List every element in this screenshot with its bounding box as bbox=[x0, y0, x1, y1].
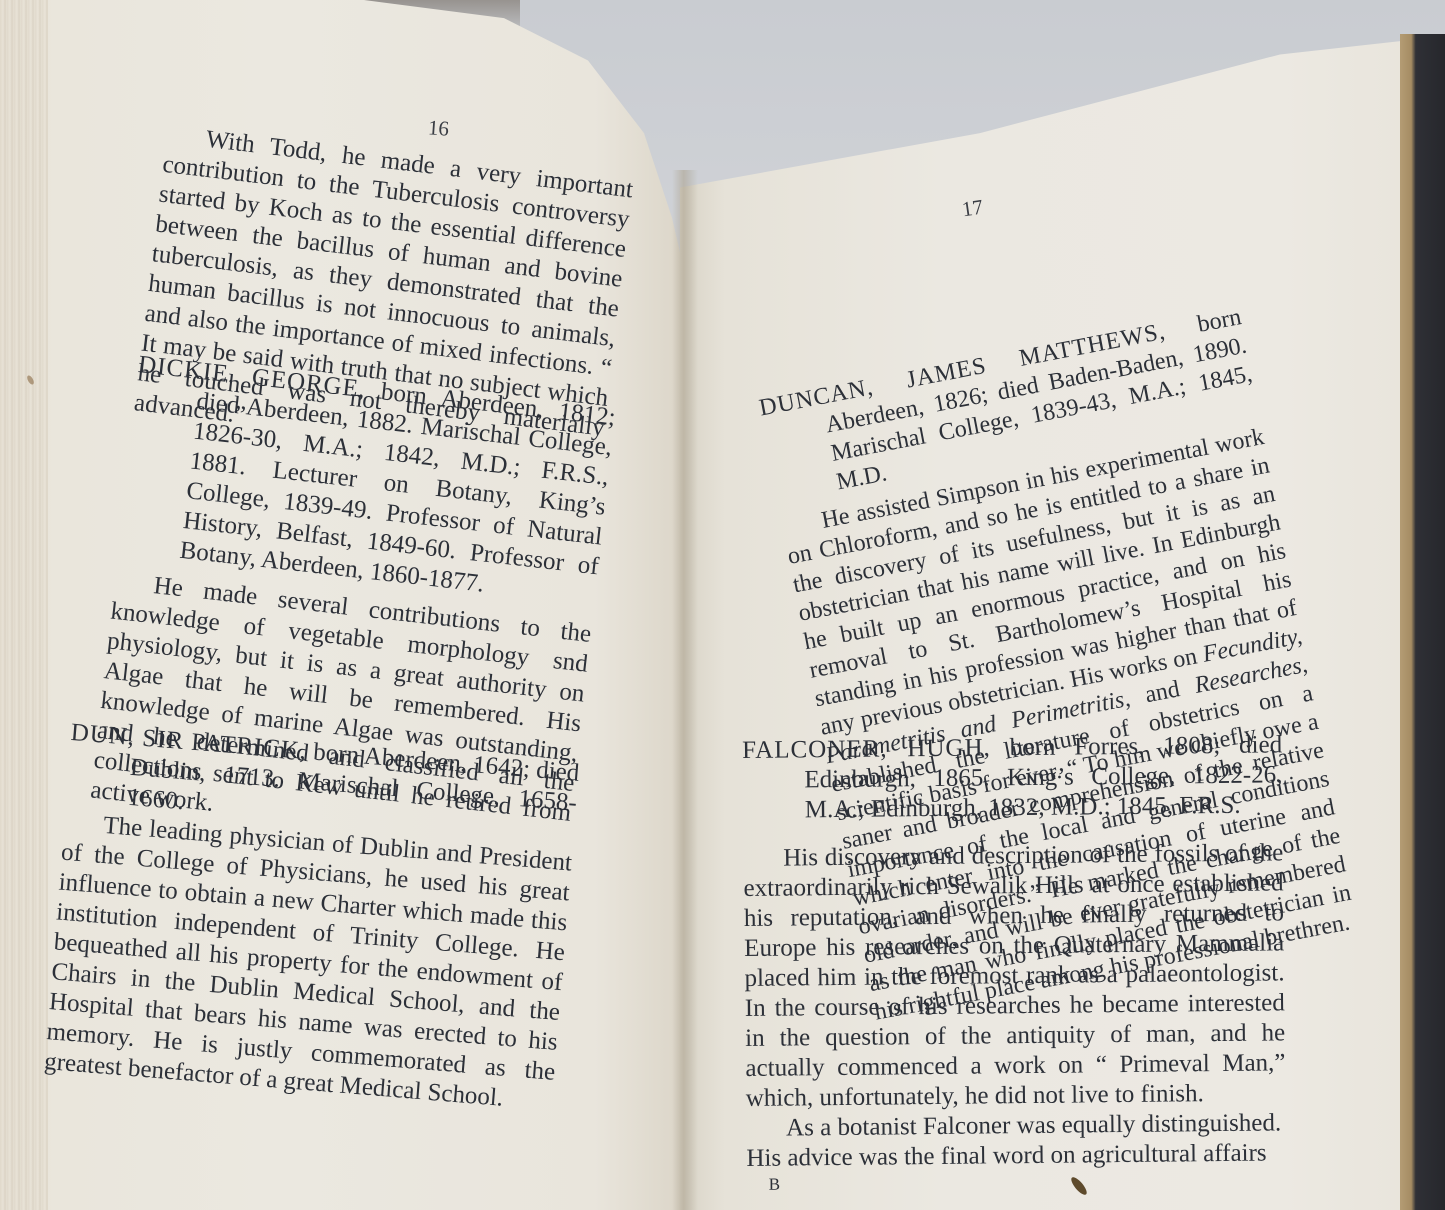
page-edges bbox=[0, 0, 48, 1210]
page-number-right: 17 bbox=[960, 195, 984, 223]
entry-body: The leading physician of Dublin and Pres… bbox=[43, 808, 573, 1118]
entry-details: born Aberdeen, 1812; died Aberdeen, 1882… bbox=[178, 378, 616, 597]
entry-body-last-line: His advice was the final word on agricul… bbox=[746, 1138, 1286, 1174]
entry-body: His discovery and description of the fos… bbox=[743, 838, 1286, 1114]
entry-name: FALCONER, HUGH, bbox=[742, 734, 991, 764]
page-number-left: 16 bbox=[427, 115, 450, 141]
entry-dun: DUN, SIR PATRICK, born Aberdeen, 1642; d… bbox=[43, 718, 580, 1118]
book-cover-edge bbox=[1400, 34, 1445, 1210]
entry-falconer: FALCONER, HUGH, born Forres, 1808; died … bbox=[742, 730, 1287, 1200]
book-gutter bbox=[672, 170, 698, 1210]
entry-heading: FALCONER, HUGH, born Forres, 1808; died … bbox=[742, 730, 1283, 826]
